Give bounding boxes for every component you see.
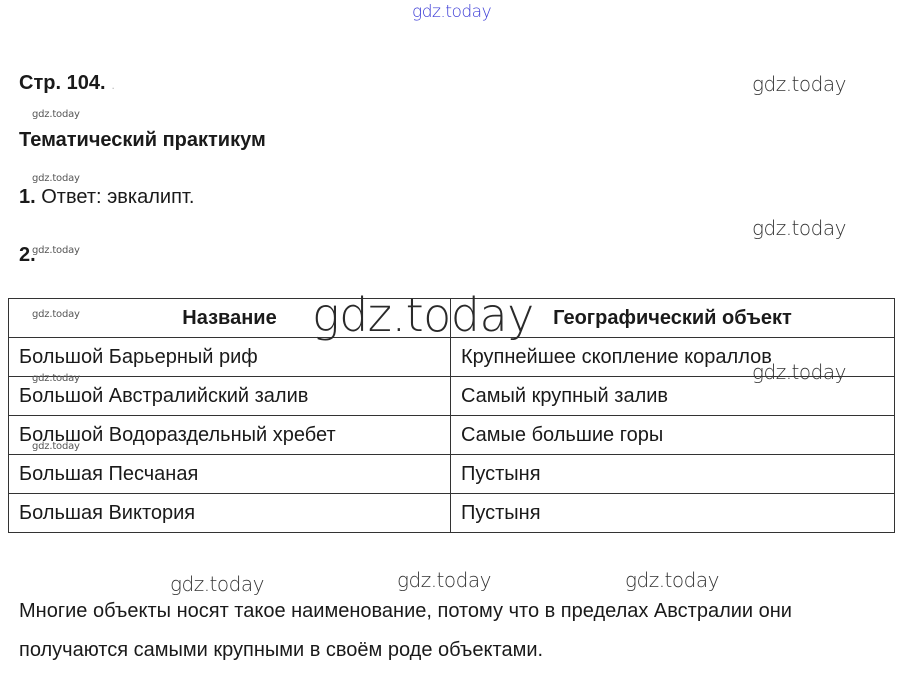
page-number-text: Стр. 104. [19, 72, 106, 94]
cell-geo-object: Самые большие горы [451, 416, 895, 455]
watermark: gdz.today [625, 568, 719, 592]
cell-geo-object: Пустыня [451, 455, 895, 494]
task-1-answer-text: Ответ: эвкалипт. [41, 186, 194, 208]
watermark-top: gdz.today [412, 2, 491, 22]
section-title: Тематический практикум [19, 129, 266, 152]
watermark: gdz.today [752, 360, 846, 384]
watermark: gdz.today [32, 173, 80, 184]
watermark: gdz.today [752, 216, 846, 240]
watermark-large: gdz.today [312, 288, 534, 342]
dot-mark: . [112, 78, 115, 92]
task-1-answer: 1. Ответ: эвкалипт. [19, 186, 194, 209]
table-row: Большой Водораздельный хребет Самые боль… [9, 416, 895, 455]
watermark: gdz.today [32, 309, 80, 320]
table-row: Большая Песчаная Пустыня [9, 455, 895, 494]
cell-name: Большая Песчаная [9, 455, 451, 494]
watermark: gdz.today [32, 245, 80, 256]
conclusion-text: Многие объекты носят такое наименование,… [19, 592, 899, 670]
page-number: Стр. 104.. [19, 72, 115, 95]
cell-geo-object: Пустыня [451, 494, 895, 533]
watermark: gdz.today [32, 109, 80, 120]
cell-name: Большой Барьерный риф [9, 338, 451, 377]
watermark: gdz.today [32, 441, 80, 452]
watermark: gdz.today [32, 373, 80, 384]
watermark: gdz.today [752, 72, 846, 96]
task-1-number: 1. [19, 186, 36, 208]
table-row: Большая Виктория Пустыня [9, 494, 895, 533]
cell-name: Большая Виктория [9, 494, 451, 533]
watermark: gdz.today [397, 568, 491, 592]
